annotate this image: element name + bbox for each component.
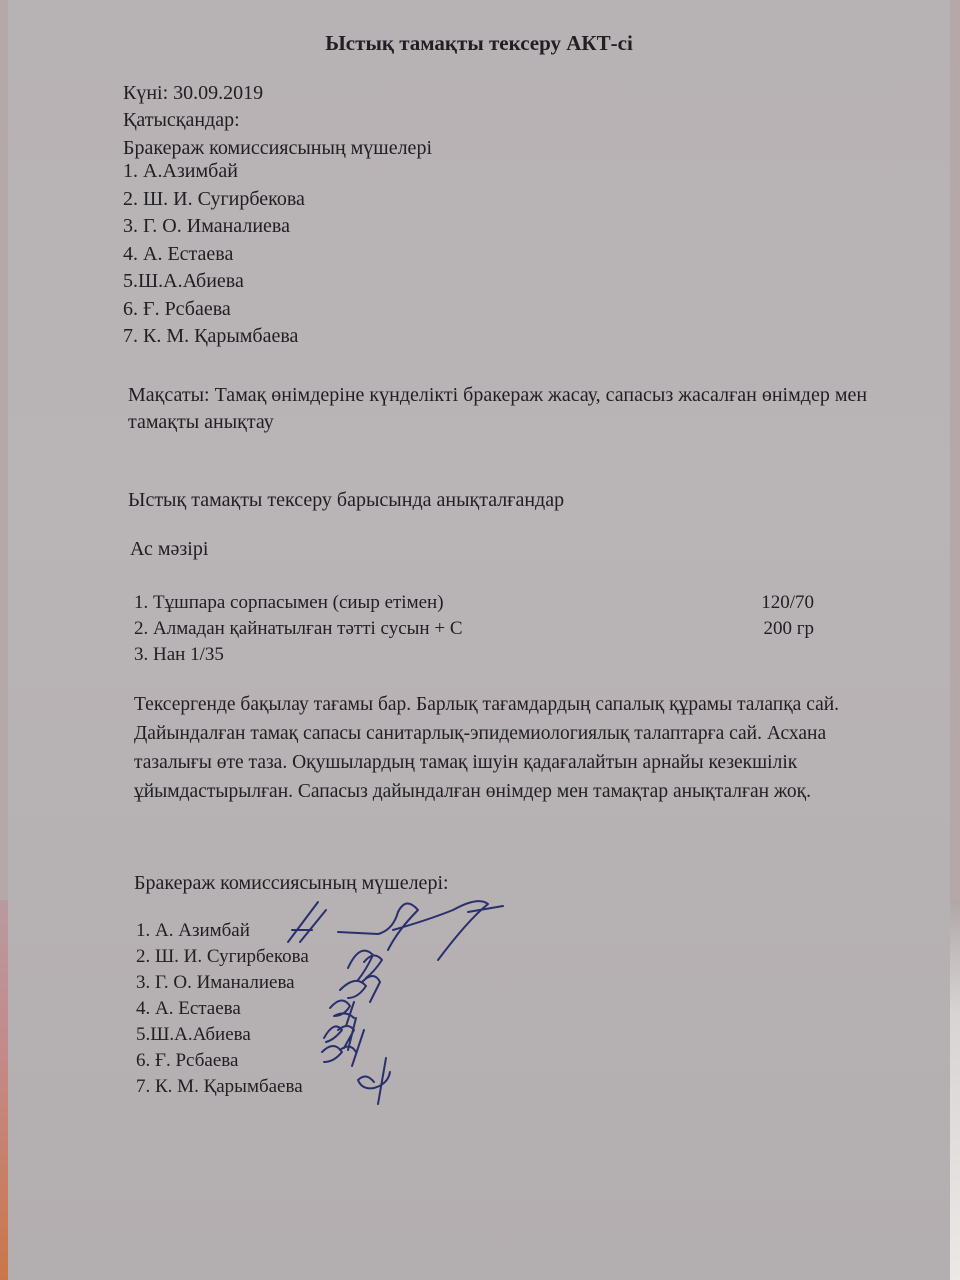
menu-item-name: 1. Тұшпара сорпасымен (сиыр етімен)	[134, 590, 444, 616]
menu-item-name: 2. Алмадан қайнатылған тәтті сусын + С	[134, 616, 463, 642]
document-title: Ыстық тамақты тексеру АКТ-сі	[8, 30, 950, 57]
menu-item: 2. Алмадан қайнатылған тәтті сусын + С 2…	[134, 616, 814, 642]
signature-members-list: 1. А. Азимбай 2. Ш. И. Сугирбекова 3. Г.…	[136, 918, 309, 1100]
members-list: 1. А.Азимбай 2. Ш. И. Сугирбекова 3. Г. …	[123, 158, 305, 351]
date-line: Күні: 30.09.2019	[123, 80, 263, 107]
menu-list: 1. Тұшпара сорпасымен (сиыр етімен) 120/…	[134, 590, 814, 668]
menu-item: 1. Тұшпара сорпасымен (сиыр етімен) 120/…	[134, 590, 814, 616]
signature-member-item: 5.Ш.А.Абиева	[136, 1022, 309, 1048]
menu-heading: Ас мәзірі	[130, 536, 208, 563]
member-item: 3. Г. О. Иманалиева	[123, 213, 305, 241]
member-item: 6. Ғ. Рсбаева	[123, 296, 305, 324]
signature-block-label: Бракераж комиссиясының мүшелері:	[134, 870, 449, 897]
member-item: 5.Ш.А.Абиева	[123, 268, 305, 296]
signature-member-item: 1. А. Азимбай	[136, 918, 309, 944]
conclusion-paragraph: Тексергенде бақылау тағамы бар. Барлық т…	[134, 690, 874, 806]
signature-member-item: 7. К. М. Қарымбаева	[136, 1074, 309, 1100]
goal-paragraph: Мақсаты: Тамақ өнімдеріне күнделікті бра…	[128, 382, 888, 436]
signature-member-item: 6. Ғ. Рсбаева	[136, 1048, 309, 1074]
signature-member-item: 3. Г. О. Иманалиева	[136, 970, 309, 996]
menu-item-amount: 120/70	[761, 590, 814, 616]
findings-heading: Ыстық тамақты тексеру барысында анықталғ…	[128, 487, 564, 514]
menu-item-name: 3. Нан 1/35	[134, 642, 224, 668]
member-item: 4. А. Естаева	[123, 241, 305, 269]
member-item: 1. А.Азимбай	[123, 158, 305, 186]
signature-member-item: 4. А. Естаева	[136, 996, 309, 1022]
document-page: Ыстық тамақты тексеру АКТ-сі Күні: 30.09…	[8, 0, 950, 1280]
participants-label: Қатысқандар:	[123, 107, 240, 134]
member-item: 7. К. М. Қарымбаева	[123, 323, 305, 351]
menu-item-amount: 200 гр	[763, 616, 814, 642]
handwritten-signatures-icon	[278, 890, 538, 1110]
member-item: 2. Ш. И. Сугирбекова	[123, 186, 305, 214]
menu-item: 3. Нан 1/35	[134, 642, 814, 668]
signature-member-item: 2. Ш. И. Сугирбекова	[136, 944, 309, 970]
